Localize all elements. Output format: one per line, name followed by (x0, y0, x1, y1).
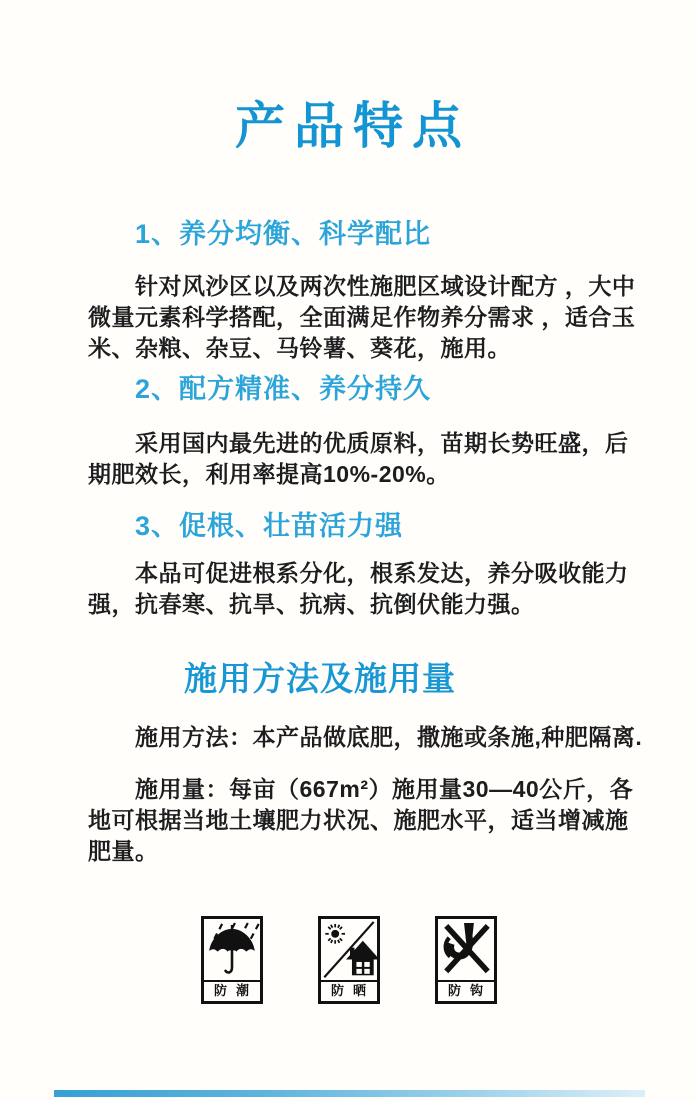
bottom-accent-bar (54, 1090, 645, 1097)
care-icons-row: 防潮 (0, 916, 697, 1004)
keep-away-from-sunlight-label: 防晒 (321, 980, 377, 1001)
section-body-3: 本品可促进根系分化，根系发达，养分吸收能力 强，抗春寒、抗旱、抗病、抗倒伏能力强… (88, 558, 637, 620)
product-leaflet-page: 产品特点 1、养分均衡、科学配比 针对风沙区以及两次性施肥区域设计配方 ，大中 … (0, 0, 697, 1100)
usage-title: 施用方法及施用量 (184, 657, 637, 701)
keep-away-from-sunlight-icon: 防晒 (318, 916, 380, 1004)
no-hooks-icon: 防钩 (435, 916, 497, 1004)
keep-dry-label: 防潮 (204, 980, 260, 1001)
umbrella-rain-pictogram (204, 919, 260, 980)
section-body-1: 针对风沙区以及两次性施肥区域设计配方 ，大中 微量元素科学搭配，全面满足作物养分… (88, 271, 637, 364)
no-hooks-label: 防钩 (438, 980, 494, 1001)
usage-dosage-text: 施用量：每亩（667m²）施用量30—40公斤，各 地可根据当地土壤肥力状况、施… (88, 774, 637, 867)
sun-house-pictogram (321, 919, 377, 980)
page-title: 产品特点 (0, 97, 697, 155)
section-body-2: 采用国内最先进的优质原料，苗期长势旺盛，后 期肥效长，利用率提高10%-20%。 (88, 428, 637, 490)
content-column: 1、养分均衡、科学配比 针对风沙区以及两次性施肥区域设计配方 ，大中 微量元素科… (0, 216, 697, 867)
section-heading-2: 2、配方精准、养分持久 (135, 371, 637, 407)
keep-dry-icon: 防潮 (201, 916, 263, 1004)
crossed-hook-pictogram (438, 919, 494, 980)
section-heading-3: 3、促根、壮苗活力强 (135, 508, 637, 544)
section-heading-1: 1、养分均衡、科学配比 (135, 216, 637, 252)
usage-method-text: 施用方法：本产品做底肥，撒施或条施,种肥隔离. (88, 722, 637, 753)
